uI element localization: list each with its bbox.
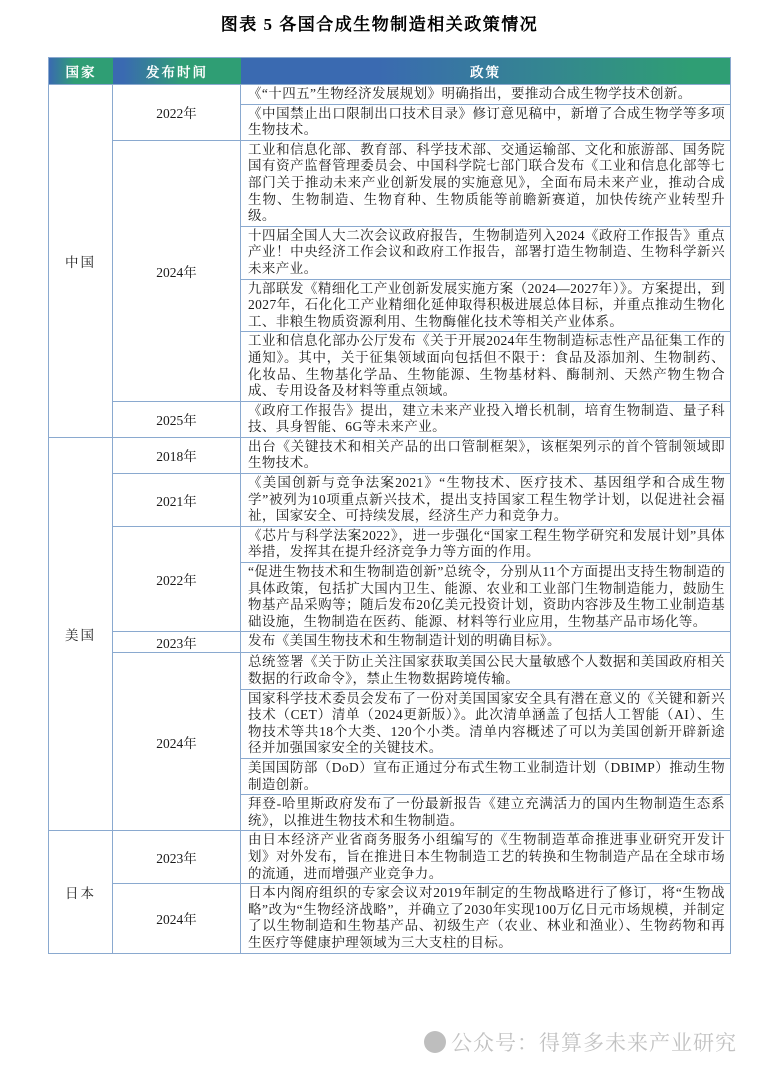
policy-cell: 工业和信息化部、教育部、科学技术部、交通运输部、文化和旅游部、国务院国有资产监督… bbox=[241, 141, 730, 226]
policy-cell: 《“十四五”生物经济发展规划》明确指出，要推动合成生物学技术创新。 bbox=[241, 85, 730, 104]
year-group: 2022年《芯片与科学法案2022》，进一步强化“国家工程生物学研究和发展计划”… bbox=[113, 526, 730, 632]
page-title: 图表 5 各国合成生物制造相关政策情况 bbox=[0, 10, 759, 35]
policy-cell: 十四届全国人大二次会议政府报告，生物制造列入2024《政府工作报告》重点产业！中… bbox=[241, 226, 730, 279]
year-group: 2025年《政府工作报告》提出，建立未来产业投入增长机制，培育生物制造、量子科技… bbox=[113, 401, 730, 437]
year-cell: 2022年 bbox=[113, 527, 241, 632]
policy-cell: 由日本经济产业省商务服务小组编写的《生物制造革命推进事业研究开发计划》对外发布，… bbox=[241, 831, 730, 883]
country-section: 日本2023年由日本经济产业省商务服务小组编写的《生物制造革命推进事业研究开发计… bbox=[49, 830, 730, 952]
year-cell: 2024年 bbox=[113, 141, 241, 401]
policy-cell: 《中国禁止出口限制出口技术目录》修订意见稿中，新增了合成生物学等多项生物技术。 bbox=[241, 104, 730, 140]
header-publish-time: 发布时间 bbox=[113, 58, 241, 84]
policy-cell: 拜登-哈里斯政府发布了一份最新报告《建立充满活力的国内生物制造生态系统》，以推进… bbox=[241, 794, 730, 830]
year-groups: 2023年由日本经济产业省商务服务小组编写的《生物制造革命推进事业研究开发计划》… bbox=[113, 831, 730, 952]
year-groups: 2022年《“十四五”生物经济发展规划》明确指出，要推动合成生物学技术创新。《中… bbox=[113, 85, 730, 437]
year-group: 2018年出台《关键技术和相关产品的出口管制框架》，该框架列示的首个管制领域即生… bbox=[113, 438, 730, 473]
wechat-account-icon bbox=[424, 1031, 446, 1053]
policy-list: 日本内阁府组织的专家会议对2019年制定的生物战略进行了修订，将“生物战略”改为… bbox=[241, 884, 730, 952]
year-group: 2022年《“十四五”生物经济发展规划》明确指出，要推动合成生物学技术创新。《中… bbox=[113, 85, 730, 140]
policy-cell: 国家科学技术委员会发布了一份对美国国家安全具有潜在意义的《关键和新兴技术（CET… bbox=[241, 689, 730, 758]
year-cell: 2021年 bbox=[113, 474, 241, 526]
policy-table: 国家 发布时间 政策 中国2022年《“十四五”生物经济发展规划》明确指出，要推… bbox=[48, 57, 731, 954]
year-group: 2024年总统签署《关于防止关注国家获取美国公民大量敏感个人数据和美国政府相关数… bbox=[113, 652, 730, 830]
policy-list: 出台《关键技术和相关产品的出口管制框架》，该框架列示的首个管制领域即生物技术。 bbox=[241, 438, 730, 473]
watermark-text: 公众号：得算多未来产业研究 bbox=[451, 1027, 737, 1057]
policy-list: 《“十四五”生物经济发展规划》明确指出，要推动合成生物学技术创新。《中国禁止出口… bbox=[241, 85, 730, 140]
policy-cell: “促进生物技术和生物制造创新”总统令，分别从11个方面提出支持生物制造的具体政策… bbox=[241, 562, 730, 631]
year-cell: 2025年 bbox=[113, 402, 241, 437]
policy-cell: 日本内阁府组织的专家会议对2019年制定的生物战略进行了修订，将“生物战略”改为… bbox=[241, 884, 730, 952]
year-group: 2024年日本内阁府组织的专家会议对2019年制定的生物战略进行了修订，将“生物… bbox=[113, 883, 730, 952]
policy-list: 总统签署《关于防止关注国家获取美国公民大量敏感个人数据和美国政府相关数据的行政命… bbox=[241, 653, 730, 830]
policy-list: 由日本经济产业省商务服务小组编写的《生物制造革命推进事业研究开发计划》对外发布，… bbox=[241, 831, 730, 883]
year-cell: 2023年 bbox=[113, 831, 241, 883]
policy-cell: 《美国创新与竞争法案2021》“生物技术、医疗技术、基因组学和合成生物学”被列为… bbox=[241, 474, 730, 526]
table-header-row: 国家 发布时间 政策 bbox=[49, 58, 730, 84]
table-body: 中国2022年《“十四五”生物经济发展规划》明确指出，要推动合成生物学技术创新。… bbox=[49, 84, 730, 953]
policy-cell: 发布《美国生物技术和生物制造计划的明确目标》。 bbox=[241, 632, 730, 651]
country-cell: 美国 bbox=[49, 438, 113, 830]
watermark: 公众号：得算多未来产业研究 bbox=[424, 1027, 737, 1057]
year-cell: 2024年 bbox=[113, 653, 241, 830]
year-cell: 2022年 bbox=[113, 85, 241, 140]
year-group: 2021年《美国创新与竞争法案2021》“生物技术、医疗技术、基因组学和合成生物… bbox=[113, 473, 730, 526]
policy-list: 《政府工作报告》提出，建立未来产业投入增长机制，培育生物制造、量子科技、具身智能… bbox=[241, 402, 730, 437]
country-cell: 日本 bbox=[49, 831, 113, 952]
policy-cell: 《政府工作报告》提出，建立未来产业投入增长机制，培育生物制造、量子科技、具身智能… bbox=[241, 402, 730, 437]
country-cell: 中国 bbox=[49, 85, 113, 437]
policy-list: 发布《美国生物技术和生物制造计划的明确目标》。 bbox=[241, 632, 730, 652]
year-group: 2024年工业和信息化部、教育部、科学技术部、交通运输部、文化和旅游部、国务院国… bbox=[113, 140, 730, 401]
policy-cell: 九部联发《精细化工产业创新发展实施方案（2024—2027年）》。方案提出，到2… bbox=[241, 279, 730, 332]
year-group: 2023年由日本经济产业省商务服务小组编写的《生物制造革命推进事业研究开发计划》… bbox=[113, 831, 730, 883]
year-groups: 2018年出台《关键技术和相关产品的出口管制框架》，该框架列示的首个管制领域即生… bbox=[113, 438, 730, 830]
policy-cell: 美国国防部（DoD）宣布正通过分布式生物工业制造计划（DBIMP）推动生物制造创… bbox=[241, 758, 730, 794]
policy-list: 工业和信息化部、教育部、科学技术部、交通运输部、文化和旅游部、国务院国有资产监督… bbox=[241, 141, 730, 401]
year-group: 2023年发布《美国生物技术和生物制造计划的明确目标》。 bbox=[113, 631, 730, 652]
year-cell: 2024年 bbox=[113, 884, 241, 952]
year-cell: 2018年 bbox=[113, 438, 241, 473]
policy-cell: 工业和信息化部办公厅发布《关于开展2024年生物制造标志性产品征集工作的通知》。… bbox=[241, 331, 730, 400]
country-section: 中国2022年《“十四五”生物经济发展规划》明确指出，要推动合成生物学技术创新。… bbox=[49, 84, 730, 437]
policy-list: 《美国创新与竞争法案2021》“生物技术、医疗技术、基因组学和合成生物学”被列为… bbox=[241, 474, 730, 526]
header-country: 国家 bbox=[49, 58, 113, 84]
policy-list: 《芯片与科学法案2022》，进一步强化“国家工程生物学研究和发展计划”具体举措，… bbox=[241, 527, 730, 632]
policy-cell: 出台《关键技术和相关产品的出口管制框架》，该框架列示的首个管制领域即生物技术。 bbox=[241, 438, 730, 473]
policy-cell: 《芯片与科学法案2022》，进一步强化“国家工程生物学研究和发展计划”具体举措，… bbox=[241, 527, 730, 562]
year-cell: 2023年 bbox=[113, 632, 241, 652]
header-policy: 政策 bbox=[241, 58, 730, 84]
country-section: 美国2018年出台《关键技术和相关产品的出口管制框架》，该框架列示的首个管制领域… bbox=[49, 437, 730, 830]
policy-cell: 总统签署《关于防止关注国家获取美国公民大量敏感个人数据和美国政府相关数据的行政命… bbox=[241, 653, 730, 688]
